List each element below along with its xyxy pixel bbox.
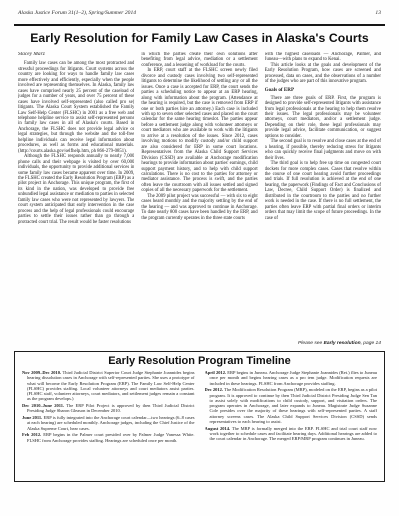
timeline-entry-text: ERP begins in the Palmer court presided … (27, 432, 195, 442)
article-title: Early Resolution for Family Law Cases in… (14, 32, 385, 45)
paragraph: Family law cases can be among the most p… (18, 61, 134, 154)
timeline-entry: Nov 2009–Dec 2010. Third Judicial Distri… (22, 370, 195, 402)
timeline-entry: Dec 2012. The Modification Resolution Pr… (205, 387, 378, 424)
timeline-entry-text: The Modification Resolution Program (MRP… (210, 387, 378, 424)
timeline-entry-date: Dec 2010–June 2011. (22, 403, 64, 408)
continuation-article-ref: Early resolution (324, 341, 361, 346)
byline: Stacey Marz (18, 52, 134, 57)
timeline-entry: Feb 2012. ERP begins in the Palmer court… (22, 432, 195, 443)
timeline-entry: April 2012. ERP begins in Juneau. Anchor… (205, 370, 378, 386)
timeline-title: Early Resolution Program Timeline (22, 355, 377, 367)
paragraph: There are three goals of ERP. First, the… (265, 96, 381, 140)
timeline-entry: June 2011. ERP is fully integrated into … (22, 415, 195, 431)
column-3: with the highest caseloads — Anchorage, … (265, 52, 381, 346)
section-heading-goals-of-erp: Goals of ERP (265, 88, 381, 93)
article-body: Stacey Marz Family law cases can be amon… (18, 52, 381, 346)
timeline-entry-text: ERP begins in Juneau. Anchorage Judge St… (210, 370, 378, 386)
continuation-prefix: Please see (298, 341, 324, 346)
timeline-entry-date: August 2014. (205, 426, 231, 431)
timeline-entry-date: April 2012. (205, 370, 227, 375)
paragraph: This article looks at the goals and deve… (265, 63, 381, 85)
paragraph: with the highest caseloads — Anchorage, … (265, 52, 381, 63)
paragraph: in which the parties create their own so… (141, 52, 257, 68)
journal-page: Alaska Justice Forum 31(1–2), Spring/Sum… (0, 0, 399, 516)
timeline-box: Early Resolution Program Timeline Nov 20… (14, 351, 385, 482)
timeline-columns: Nov 2009–Dec 2010. Third Judicial Distri… (22, 370, 377, 444)
continuation-note: Please see Early resolution, page 14 (265, 338, 381, 346)
journal-citation: Alaska Justice Forum 31(1–2), Spring/Sum… (18, 10, 136, 16)
timeline-entry-text: The MRP is formally merged into the ERP.… (210, 426, 378, 442)
timeline-column-right: April 2012. ERP begins in Juneau. Anchor… (205, 370, 378, 444)
page-number: 13 (375, 10, 381, 16)
header-rule (14, 24, 385, 26)
timeline-entry-date: Nov 2009–Dec 2010. (22, 370, 61, 375)
timeline-entry-date: Dec 2012. (205, 387, 224, 392)
paragraph: The second goal is to resolve and close … (265, 139, 381, 161)
paragraph: The 2009 pilot project was successful — … (141, 194, 257, 221)
column-1: Stacey Marz Family law cases can be amon… (18, 52, 134, 346)
running-head: Alaska Justice Forum 31(1–2), Spring/Sum… (18, 10, 381, 16)
timeline-entry: Dec 2010–June 2011. The ERP Pilot Projec… (22, 403, 195, 414)
timeline-entry-date: Feb 2012. (22, 432, 41, 437)
timeline-entry-text: Third Judicial District Superior Court J… (27, 370, 195, 401)
continuation-suffix: , page 14 (361, 341, 381, 346)
paragraph: In ERP, court staff at the FLSHC screen … (141, 68, 257, 193)
paragraph: Although the FLSHC responds annually to … (18, 154, 134, 225)
timeline-entry: August 2014. The MRP is formally merged … (205, 426, 378, 442)
timeline-column-left: Nov 2009–Dec 2010. Third Judicial Distri… (22, 370, 195, 444)
paragraph: The third goal is to help free up time o… (265, 161, 381, 221)
timeline-entry-date: June 2011. (22, 415, 42, 420)
timeline-entry-text: ERP is fully integrated into the Anchora… (27, 415, 195, 431)
column-2: in which the parties create their own so… (141, 52, 257, 346)
